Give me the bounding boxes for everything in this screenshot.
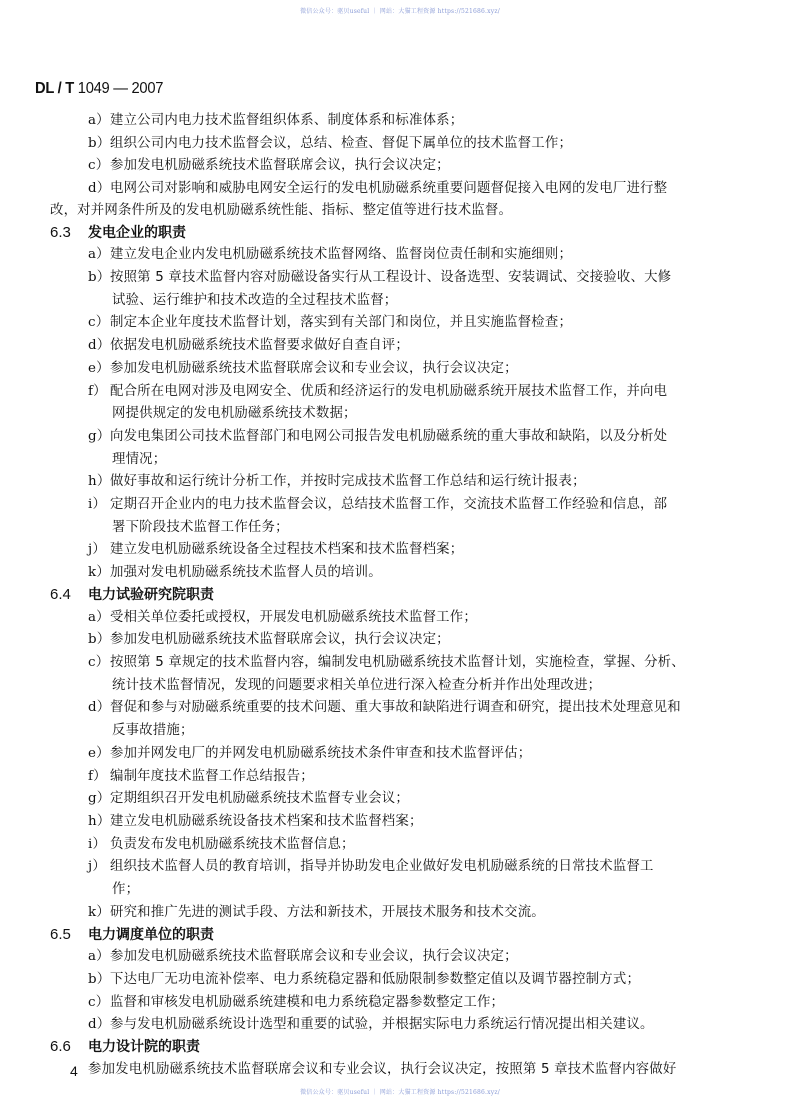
section-heading: 6.6电力设计院的职责 [50, 1038, 200, 1056]
list-item: a）建立发电企业内发电机励磁系统技术监督网络、监督岗位责任制和实施细则； [88, 246, 572, 264]
list-item-label: d） [88, 1016, 110, 1034]
list-item-label: c） [88, 654, 110, 672]
list-item-text: 督促和参与对励磁系统重要的技术问题、重大事故和缺陷进行调查和研究，提出技术处理意… [110, 700, 681, 715]
list-item-label: c） [88, 314, 110, 332]
list-item: e）参加发电机励磁系统技术监督联席会议和专业会议，执行会议决定； [88, 360, 518, 378]
list-item: c）监督和审核发电机励磁系统建模和电力系统稳定器参数整定工作； [88, 994, 504, 1012]
list-item: b）组织公司内电力技术监督会议，总结、检查、督促下属单位的技术监督工作； [88, 135, 572, 153]
list-item-text: 做好事故和运行统计分析工作，并按时完成技术监督工作总结和运行统计报表； [110, 474, 586, 489]
list-item: c）制定本企业年度技术监督计划，落实到有关部门和岗位，并且实施监督检查； [88, 314, 572, 332]
list-item-text: 制定本企业年度技术监督计划，落实到有关部门和岗位，并且实施监督检查； [110, 315, 572, 330]
list-item-text: 建立发电企业内发电机励磁系统技术监督网络、监督岗位责任制和实施细则； [110, 247, 572, 262]
list-item-label: e） [88, 745, 110, 763]
list-item-label: b） [88, 269, 110, 287]
list-item-label: j） [88, 541, 110, 559]
list-item: k）研究和推广先进的测试手段、方法和新技术，开展技术服务和技术交流。 [88, 904, 545, 922]
section-heading: 6.5电力调度单位的职责 [50, 926, 214, 944]
list-item: d）电网公司对影响和威胁电网安全运行的发电机励磁系统重要问题督促接入电网的发电厂… [88, 180, 667, 198]
list-item-text: 定期组织召开发电机励磁系统技术监督专业会议； [110, 791, 409, 806]
document-code-prefix: DL / T [35, 80, 78, 97]
list-item-label: k） [88, 904, 110, 922]
list-item-text: 受相关单位委托或授权，开展发电机励磁系统技术监督工作； [110, 610, 477, 625]
list-item: g）向发电集团公司技术监督部门和电网公司报告发电机励磁系统的重大事故和缺陷，以及… [88, 428, 667, 446]
list-item-text: 定期召开企业内的电力技术监督会议，总结技术监督工作，交流技术监督工作经验和信息，… [110, 497, 667, 512]
page-number: 4 [70, 1063, 78, 1079]
list-item-label: g） [88, 428, 110, 446]
list-item-text: 编制年度技术监督工作总结报告； [110, 769, 314, 784]
list-item-label: i） [88, 496, 110, 514]
list-item: j）建立发电机励磁系统设备全过程技术档案和技术监督档案； [88, 541, 463, 559]
continuation-text: 反事故措施； [112, 722, 194, 740]
continuation-text: 作； [112, 881, 139, 899]
list-item: b）下达电厂无功电流补偿率、电力系统稳定器和低励限制参数整定值以及调节器控制方式… [88, 971, 640, 989]
list-item: k）加强对发电机励磁系统技术监督人员的培训。 [88, 564, 382, 582]
list-item-text: 组织公司内电力技术监督会议，总结、检查、督促下属单位的技术监督工作； [110, 136, 572, 151]
section-number: 6.5 [50, 926, 88, 944]
list-item: j）组织技术监督人员的教育培训，指导并协助发电企业做好发电机励磁系统的日常技术监… [88, 858, 654, 876]
list-item-text: 按照第 5 章规定的技术监督内容，编制发电机励磁系统技术监督计划，实施检查，掌握… [110, 655, 685, 670]
list-item: d）依据发电机励磁系统技术监督要求做好自查自评； [88, 337, 409, 355]
list-item-label: b） [88, 135, 110, 153]
list-item: d）督促和参与对励磁系统重要的技术问题、重大事故和缺陷进行调查和研究，提出技术处… [88, 699, 681, 717]
section-heading: 6.3发电企业的职责 [50, 224, 186, 242]
continuation-text: 参加发电机励磁系统技术监督联席会议和专业会议，执行会议决定，按照第 5 章技术监… [88, 1061, 676, 1079]
list-item: b）参加发电机励磁系统技术监督联席会议，执行会议决定； [88, 631, 450, 649]
section-number: 6.4 [50, 586, 88, 604]
list-item: i）定期召开企业内的电力技术监督会议，总结技术监督工作，交流技术监督工作经验和信… [88, 496, 667, 514]
list-item-text: 建立发电机励磁系统设备技术档案和技术监督档案； [110, 814, 423, 829]
list-item-text: 监督和审核发电机励磁系统建模和电力系统稳定器参数整定工作； [110, 995, 504, 1010]
list-item-text: 按照第 5 章技术监督内容对励磁设备实行从工程设计、设备选型、安装调试、交接验收… [110, 270, 671, 285]
list-item-text: 参加发电机励磁系统技术监督联席会议，执行会议决定； [110, 158, 450, 173]
list-item-text: 加强对发电机励磁系统技术监督人员的培训。 [110, 565, 382, 580]
list-item: h）做好事故和运行统计分析工作，并按时完成技术监督工作总结和运行统计报表； [88, 473, 586, 491]
list-item-text: 参与发电机励磁系统设计选型和重要的试验，并根据实际电力系统运行情况提出相关建议。 [110, 1017, 654, 1032]
section-title: 电力设计院的职责 [88, 1039, 200, 1055]
list-item: c）按照第 5 章规定的技术监督内容，编制发电机励磁系统技术监督计划，实施检查，… [88, 654, 685, 672]
list-item: f）编制年度技术监督工作总结报告； [88, 768, 314, 786]
list-item-text: 配合所在电网对涉及电网安全、优质和经济运行的发电机励磁系统开展技术监督工作，并向… [110, 384, 667, 399]
list-item-label: e） [88, 360, 110, 378]
continuation-text: 署下阶段技术监督工作任务； [112, 519, 289, 537]
list-item-text: 研究和推广先进的测试手段、方法和新技术，开展技术服务和技术交流。 [110, 905, 545, 920]
list-item-label: g） [88, 790, 110, 808]
list-item-text: 电网公司对影响和威胁电网安全运行的发电机励磁系统重要问题督促接入电网的发电厂进行… [110, 181, 667, 196]
list-item-text: 向发电集团公司技术监督部门和电网公司报告发电机励磁系统的重大事故和缺陷，以及分析… [110, 429, 667, 444]
section-title: 电力调度单位的职责 [88, 927, 214, 943]
list-item-text: 参加发电机励磁系统技术监督联席会议和专业会议，执行会议决定； [110, 361, 518, 376]
continuation-text: 试验、运行维护和技术改造的全过程技术监督； [112, 292, 397, 310]
continuation-text: 网提供规定的发电机励磁系统技术数据； [112, 405, 357, 423]
list-item: g）定期组织召开发电机励磁系统技术监督专业会议； [88, 790, 409, 808]
list-item: i）负责发布发电机励磁系统技术监督信息； [88, 836, 355, 854]
list-item-text: 参加发电机励磁系统技术监督联席会议和专业会议，执行会议决定； [110, 949, 518, 964]
list-item-text: 建立发电机励磁系统设备全过程技术档案和技术监督档案； [110, 542, 463, 557]
list-item: b）按照第 5 章技术监督内容对励磁设备实行从工程设计、设备选型、安装调试、交接… [88, 269, 671, 287]
list-item-label: h） [88, 813, 110, 831]
list-item: f）配合所在电网对涉及电网安全、优质和经济运行的发电机励磁系统开展技术监督工作，… [88, 383, 667, 401]
list-item-label: b） [88, 971, 110, 989]
list-item-label: f） [88, 383, 110, 401]
list-item: a）受相关单位委托或授权，开展发电机励磁系统技术监督工作； [88, 609, 477, 627]
list-item-label: b） [88, 631, 110, 649]
document-code-number: 1049 — 2007 [78, 80, 163, 97]
list-item-label: d） [88, 699, 110, 717]
list-item: a）建立公司内电力技术监督组织体系、制度体系和标准体系； [88, 112, 463, 130]
section-title: 发电企业的职责 [88, 225, 186, 241]
list-item-label: f） [88, 768, 110, 786]
section-number: 6.3 [50, 224, 88, 242]
list-item-label: i） [88, 836, 110, 854]
list-item: e）参加并网发电厂的并网发电机励磁系统技术条件审查和技术监督评估； [88, 745, 531, 763]
list-item: d）参与发电机励磁系统设计选型和重要的试验，并根据实际电力系统运行情况提出相关建… [88, 1016, 654, 1034]
list-item-label: a） [88, 112, 110, 130]
section-title: 电力试验研究院职责 [88, 587, 214, 603]
list-item-label: a） [88, 948, 110, 966]
continuation-text: 统计技术监督情况，发现的问题要求相关单位进行深入检查分析并作出处理改进； [112, 677, 601, 695]
list-item: h）建立发电机励磁系统设备技术档案和技术监督档案； [88, 813, 423, 831]
watermark-bottom: 微信公众号：驱贝useful ｜ 网站：大猫工程资源 https://52168… [0, 1087, 800, 1096]
continuation-text: 改，对并网条件所及的发电机励磁系统性能、指标、整定值等进行技术监督。 [50, 202, 512, 220]
list-item-text: 下达电厂无功电流补偿率、电力系统稳定器和低励限制参数整定值以及调节器控制方式； [110, 972, 640, 987]
list-item-label: d） [88, 337, 110, 355]
list-item-label: a） [88, 246, 110, 264]
list-item-text: 参加并网发电厂的并网发电机励磁系统技术条件审查和技术监督评估； [110, 746, 531, 761]
list-item-label: h） [88, 473, 110, 491]
list-item: a）参加发电机励磁系统技术监督联席会议和专业会议，执行会议决定； [88, 948, 518, 966]
list-item-label: k） [88, 564, 110, 582]
section-number: 6.6 [50, 1038, 88, 1056]
list-item-label: j） [88, 858, 110, 876]
list-item-text: 负责发布发电机励磁系统技术监督信息； [110, 837, 355, 852]
list-item-label: c） [88, 157, 110, 175]
list-item-label: a） [88, 609, 110, 627]
continuation-text: 理情况； [112, 451, 166, 469]
list-item: c）参加发电机励磁系统技术监督联席会议，执行会议决定； [88, 157, 450, 175]
watermark-top: 微信公众号：驱贝useful ｜ 网站：大猫工程资源 https://52168… [0, 6, 800, 15]
section-heading: 6.4电力试验研究院职责 [50, 586, 214, 604]
list-item-label: d） [88, 180, 110, 198]
document-code: DL / T 1049 — 2007 [35, 80, 163, 98]
list-item-text: 依据发电机励磁系统技术监督要求做好自查自评； [110, 338, 409, 353]
list-item-text: 参加发电机励磁系统技术监督联席会议，执行会议决定； [110, 632, 450, 647]
list-item-text: 建立公司内电力技术监督组织体系、制度体系和标准体系； [110, 113, 463, 128]
list-item-text: 组织技术监督人员的教育培训，指导并协助发电企业做好发电机励磁系统的日常技术监督工 [110, 859, 654, 874]
list-item-label: c） [88, 994, 110, 1012]
